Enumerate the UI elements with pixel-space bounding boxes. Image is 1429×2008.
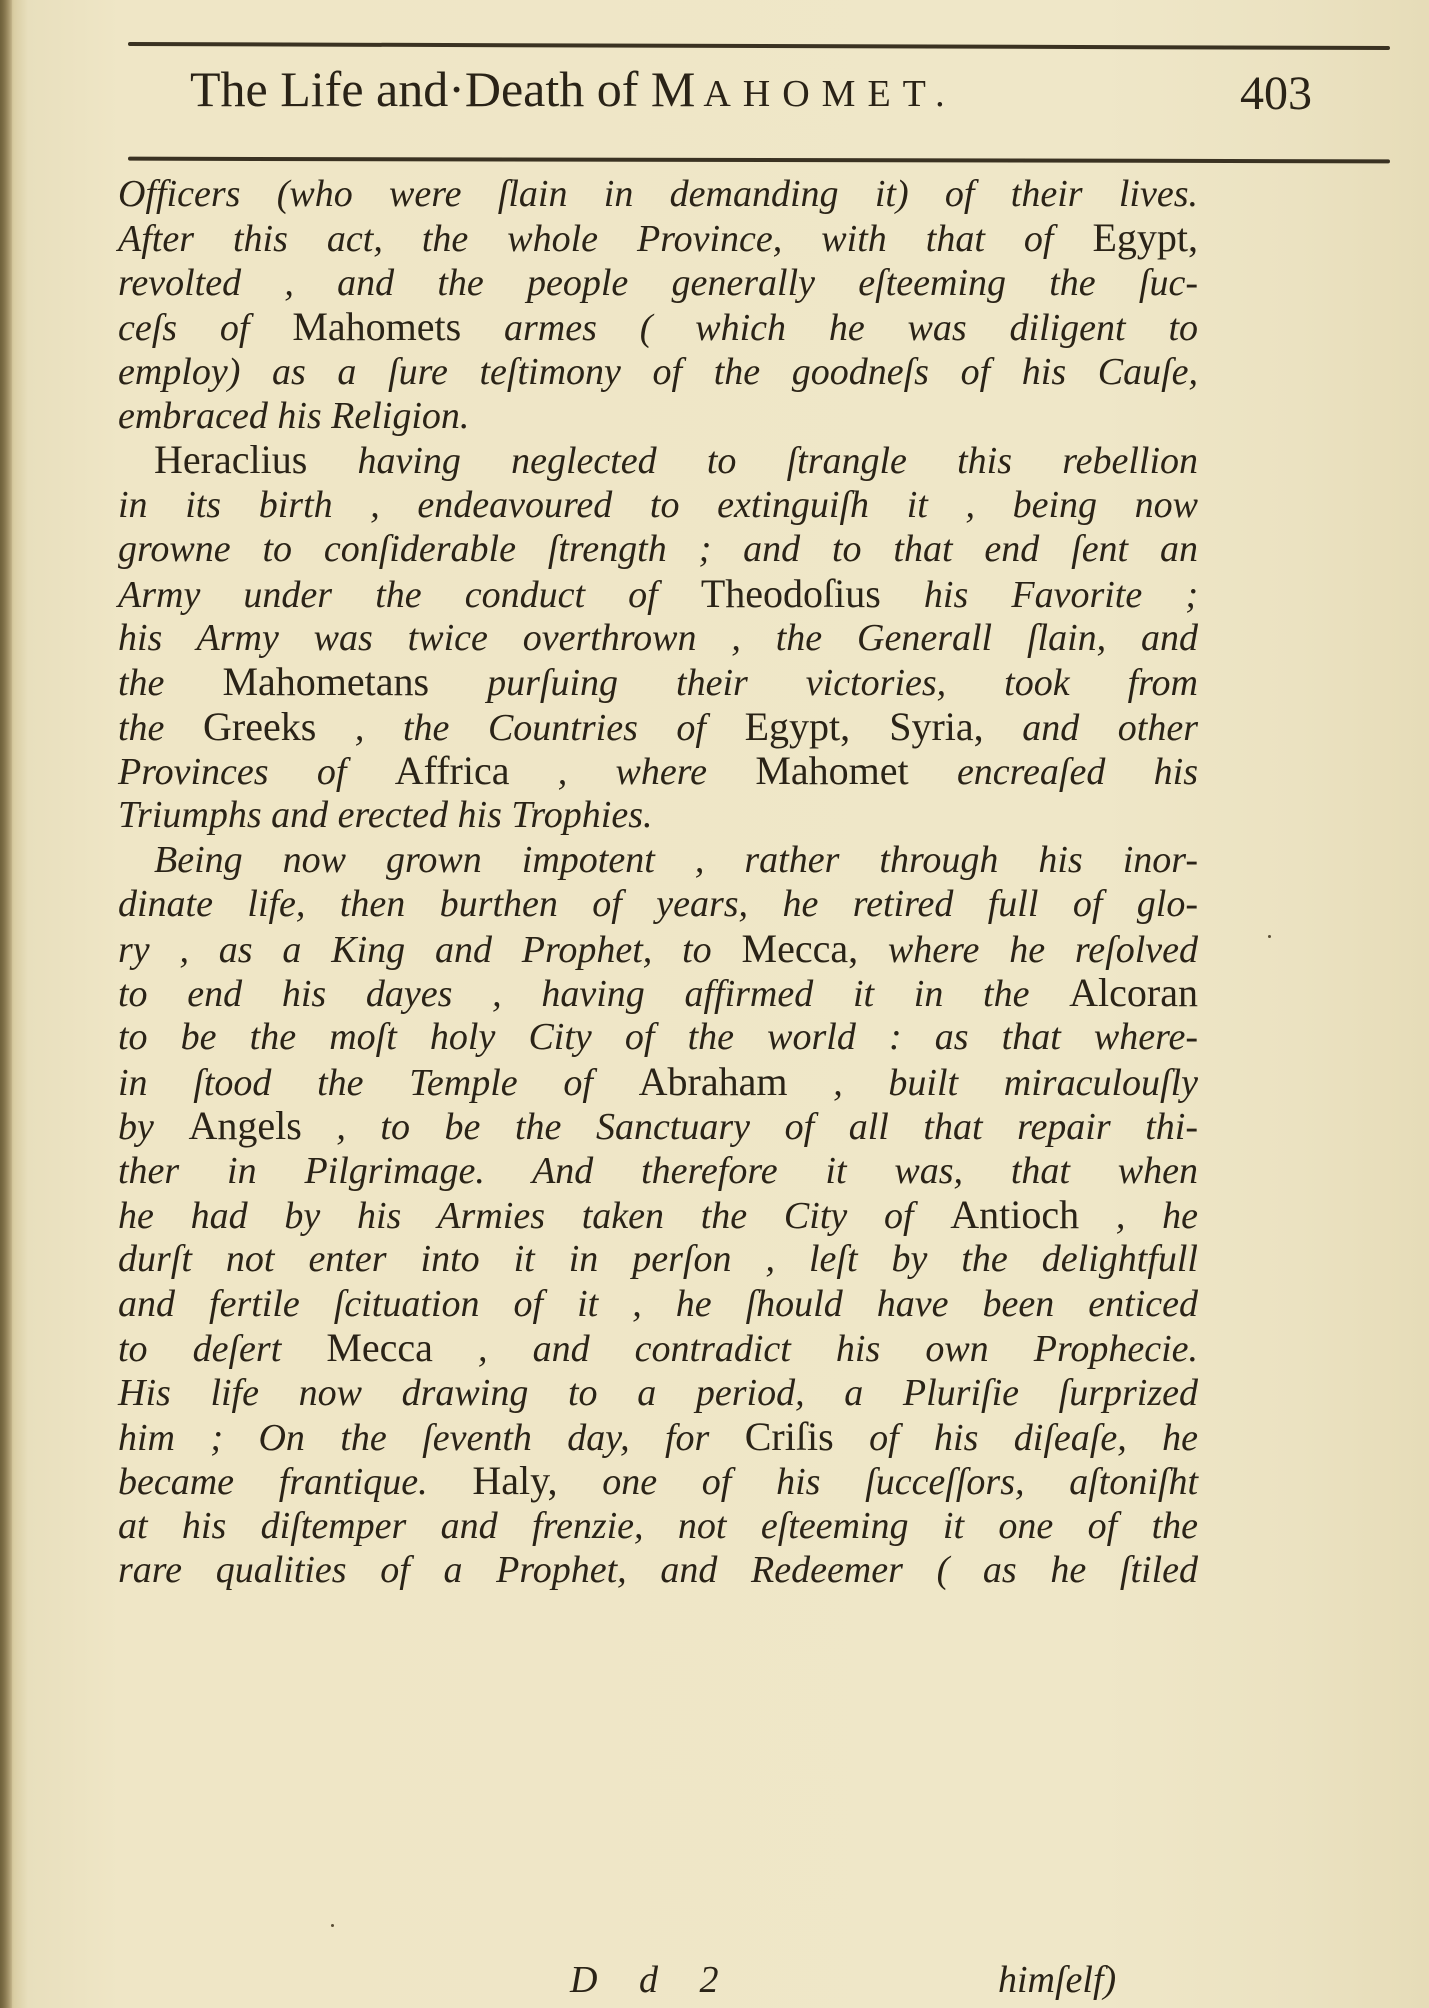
- roman-text: Egypt, Syria,: [745, 704, 984, 749]
- header-bottom-rule: [128, 157, 1390, 164]
- italic-text: growne to conſiderable ſtrength ; and to…: [118, 528, 1198, 570]
- italic-text: , to be the Sanctuary of all that repair…: [302, 1106, 1198, 1148]
- roman-text: Mecca: [326, 1325, 433, 1370]
- italic-text: the: [118, 707, 203, 749]
- italic-text: , built miraculouſly: [787, 1062, 1198, 1104]
- roman-text: Mahometans: [222, 659, 429, 704]
- text-line: ceſs of Mahomets armes ( which he was di…: [118, 305, 1198, 349]
- running-head: The Life and·Death of MAHOMET.: [190, 60, 957, 118]
- text-line: Officers (who were ſlain in demanding it…: [118, 172, 1198, 216]
- roman-text: Heraclius: [154, 437, 307, 482]
- roman-text: Mecca,: [742, 926, 859, 971]
- text-line: rare qualities of a Prophet, and Redeeme…: [118, 1548, 1198, 1592]
- italic-text: in its birth , endeavoured to extinguiſh…: [118, 484, 1198, 526]
- text-line: Army under the conduct of Theodoſius his…: [118, 572, 1198, 616]
- italic-text: one of his ſucceſſors, aſtoniſht: [557, 1461, 1198, 1503]
- italic-text: to deſert: [118, 1328, 326, 1370]
- italic-text: he had by his Armies taken the City of: [118, 1195, 950, 1237]
- text-line: by Angels , to be the Sanctuary of all t…: [118, 1104, 1198, 1148]
- italic-text: Provinces of: [118, 751, 395, 793]
- italic-text: encreaſed his: [909, 751, 1198, 793]
- text-line: Being now grown impotent , rather throug…: [118, 838, 1198, 882]
- roman-text: Greeks: [203, 704, 316, 749]
- italic-text: by: [118, 1106, 188, 1148]
- text-line: and fertile ſcituation of it , he ſhould…: [118, 1282, 1198, 1326]
- page-footer: D d 2 himſelf): [118, 1958, 1198, 2008]
- text-line: After this act, the whole Province, with…: [118, 216, 1198, 260]
- running-head-prefix: The Life and·Death of: [190, 61, 651, 117]
- italic-text: his Army was twice overthrown , the Gene…: [118, 617, 1198, 659]
- italic-text: dinate life, then burthen of years, he r…: [118, 883, 1198, 925]
- italic-text: his Favorite ;: [881, 574, 1198, 616]
- text-line: Provinces of Affrica , where Mahomet enc…: [118, 749, 1198, 793]
- italic-text: Officers (who were ſlain in demanding it…: [118, 173, 1198, 215]
- text-line: growne to conſiderable ſtrength ; and to…: [118, 527, 1198, 571]
- text-line: ry , as a King and Prophet, to Mecca, wh…: [118, 927, 1198, 971]
- text-line: at his diſtemper and frenzie, not eſteem…: [118, 1504, 1198, 1548]
- header-top-rule: [128, 42, 1390, 50]
- roman-text: Alcoran: [1069, 970, 1198, 1015]
- running-head-name-initial: M: [651, 61, 703, 117]
- text-line: to be the moſt holy City of the world : …: [118, 1015, 1198, 1059]
- text-line: him ; On the ſeventh day, for Criſis of …: [118, 1415, 1198, 1459]
- italic-text: ry , as a King and Prophet, to: [118, 929, 742, 971]
- italic-text: at his diſtemper and frenzie, not eſteem…: [118, 1505, 1198, 1547]
- text-line: ther in Pilgrimage. And therefore it was…: [118, 1149, 1198, 1193]
- text-line: Triumphs and erected his Trophies.: [118, 793, 1198, 837]
- roman-text: Egypt,: [1092, 215, 1198, 260]
- text-line: the Greeks , the Countries of Egypt, Syr…: [118, 705, 1198, 749]
- text-line: dinate life, then burthen of years, he r…: [118, 882, 1198, 926]
- text-line: in ſtood the Temple of Abraham , built m…: [118, 1060, 1198, 1104]
- italic-text: durſt not enter into it in perſon , leſt…: [118, 1238, 1198, 1280]
- book-page: The Life and·Death of MAHOMET. 403 Offic…: [0, 0, 1429, 2008]
- roman-text: Abraham: [639, 1059, 788, 1104]
- roman-text: Affrica: [395, 748, 510, 793]
- italic-text: ther in Pilgrimage. And therefore it was…: [118, 1150, 1198, 1192]
- italic-text: Being now grown impotent , rather throug…: [154, 839, 1198, 881]
- italic-text: and fertile ſcituation of it , he ſhould…: [118, 1283, 1198, 1325]
- italic-text: and other: [984, 707, 1198, 749]
- text-line: employ) as a ſure teſtimony of the goodn…: [118, 350, 1198, 394]
- italic-text: purſuing their victories, took from: [429, 662, 1198, 704]
- roman-text: Angels: [188, 1103, 301, 1148]
- binding-gutter-shadow: [0, 0, 12, 2008]
- signature-mark: D d 2: [570, 1958, 734, 2002]
- italic-text: , he: [1079, 1195, 1198, 1237]
- text-line: durſt not enter into it in perſon , leſt…: [118, 1237, 1198, 1281]
- page-header: The Life and·Death of MAHOMET. 403: [190, 58, 1370, 148]
- italic-text: to be the moſt holy City of the world : …: [118, 1016, 1198, 1058]
- italic-text: him ; On the ſeventh day, for: [118, 1417, 745, 1459]
- italic-text: employ) as a ſure teſtimony of the goodn…: [118, 351, 1198, 393]
- italic-text: the: [118, 662, 222, 704]
- body-text: Officers (who were ſlain in demanding it…: [118, 172, 1198, 1593]
- text-line: became frantique. Haly, one of his ſucce…: [118, 1459, 1198, 1503]
- italic-text: ceſs of: [118, 307, 292, 349]
- text-line: revolted , and the people generally eſte…: [118, 261, 1198, 305]
- text-line: he had by his Armies taken the City of A…: [118, 1193, 1198, 1237]
- text-line: Heraclius having neglected to ſtrangle t…: [118, 438, 1198, 482]
- text-line: the Mahometans purſuing their victories,…: [118, 660, 1198, 704]
- italic-text: After this act, the whole Province, with…: [118, 218, 1092, 260]
- italic-text: , where: [509, 751, 755, 793]
- italic-text: revolted , and the people generally eſte…: [118, 262, 1198, 304]
- text-line: to deſert Mecca , and contradict his own…: [118, 1326, 1198, 1370]
- italic-text: embraced his Religion.: [118, 395, 469, 437]
- italic-text: to end his dayes , having affirmed it in…: [118, 973, 1069, 1015]
- italic-text: Army under the conduct of: [118, 574, 701, 616]
- italic-text: of his diſeaſe, he: [834, 1417, 1198, 1459]
- paper-speck: [331, 1924, 334, 1927]
- italic-text: became frantique.: [118, 1461, 472, 1503]
- roman-text: Mahomet: [755, 748, 908, 793]
- paper-speck: [1268, 935, 1271, 938]
- text-line: in its birth , endeavoured to extinguiſh…: [118, 483, 1198, 527]
- page-number: 403: [1240, 66, 1312, 121]
- roman-text: Criſis: [745, 1414, 834, 1459]
- running-head-name-rest: AHOMET.: [703, 73, 956, 115]
- roman-text: Haly,: [472, 1458, 557, 1503]
- italic-text: where he reſolved: [858, 929, 1198, 971]
- italic-text: rare qualities of a Prophet, and Redeeme…: [118, 1549, 1198, 1591]
- roman-text: Mahomets: [292, 304, 461, 349]
- italic-text: having neglected to ſtrangle this rebell…: [307, 440, 1198, 482]
- text-line: his Army was twice overthrown , the Gene…: [118, 616, 1198, 660]
- roman-text: Theodoſius: [701, 571, 881, 616]
- text-line: embraced his Religion.: [118, 394, 1198, 438]
- italic-text: , and contradict his own Prophecie.: [433, 1328, 1198, 1370]
- text-line: to end his dayes , having affirmed it in…: [118, 971, 1198, 1015]
- italic-text: in ſtood the Temple of: [118, 1062, 639, 1104]
- roman-text: Antioch: [950, 1192, 1079, 1237]
- italic-text: , the Countries of: [316, 707, 744, 749]
- italic-text: armes ( which he was diligent to: [461, 307, 1198, 349]
- text-line: His life now drawing to a period, a Plur…: [118, 1371, 1198, 1415]
- italic-text: Triumphs and erected his Trophies.: [118, 794, 653, 836]
- italic-text: His life now drawing to a period, a Plur…: [118, 1372, 1198, 1414]
- catchword: himſelf): [998, 1958, 1116, 2002]
